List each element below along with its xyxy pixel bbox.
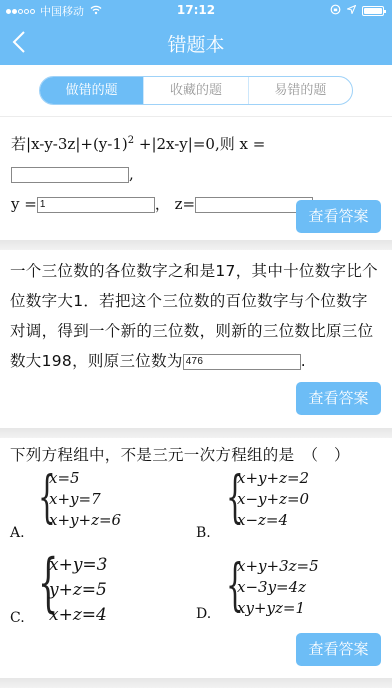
question-card-1: 若|x-y-3z|+(y-1)2 +|2x-y|=0,则 x =, y =1， … xyxy=(0,118,392,240)
nav-bar: 错题本 xyxy=(0,20,392,65)
view-answer-button[interactable]: 查看答案 xyxy=(296,633,381,666)
question-text: 一个三位数的各位数字之和是17，其中十位数字比个位数字大1．若把这个三位数的百位… xyxy=(0,250,392,376)
answer-input-x[interactable] xyxy=(11,167,129,183)
segmented-control: 做错的题 收藏的题 易错的题 xyxy=(39,76,353,105)
option-d-label[interactable]: D. xyxy=(196,606,211,622)
question-card-2: 一个三位数的各位数字之和是17，其中十位数字比个位数字大1．若把这个三位数的百位… xyxy=(0,250,392,428)
page-title: 错题本 xyxy=(0,30,392,57)
answer-input-y[interactable]: 1 xyxy=(37,197,155,213)
card-divider xyxy=(0,428,392,438)
location-icon xyxy=(347,5,356,17)
battery-icon xyxy=(362,6,384,16)
option-b-label[interactable]: B. xyxy=(196,525,211,541)
tab-error-prone-questions[interactable]: 易错的题 xyxy=(248,77,352,104)
question-card-3: 下列方程组中，不是三元一次方程组的是 （ ） A. { x=5 x+y=7 x+… xyxy=(0,438,392,688)
option-c-label[interactable]: C. xyxy=(10,610,25,626)
view-answer-button[interactable]: 查看答案 xyxy=(296,382,381,415)
option-a-label[interactable]: A. xyxy=(10,525,25,541)
question-text: 下列方程组中，不是三元一次方程组的是 （ ） xyxy=(0,438,392,468)
tab-bar: 做错的题 收藏的题 易错的题 xyxy=(0,65,392,117)
status-bar: 中国移动 17:12 xyxy=(0,0,392,20)
tab-wrong-questions[interactable]: 做错的题 xyxy=(40,77,143,104)
answer-input[interactable]: 476 xyxy=(183,354,301,370)
view-answer-button[interactable]: 查看答案 xyxy=(296,200,381,233)
card-divider xyxy=(0,678,392,688)
header: 中国移动 17:12 错题本 xyxy=(0,0,392,65)
tab-favorite-questions[interactable]: 收藏的题 xyxy=(143,77,247,104)
rotation-lock-icon xyxy=(330,4,341,18)
card-divider xyxy=(0,240,392,250)
choice-list: A. { x=5 x+y=7 x+y+z=6 B. { x+y+z=2 x−y+… xyxy=(0,468,392,658)
